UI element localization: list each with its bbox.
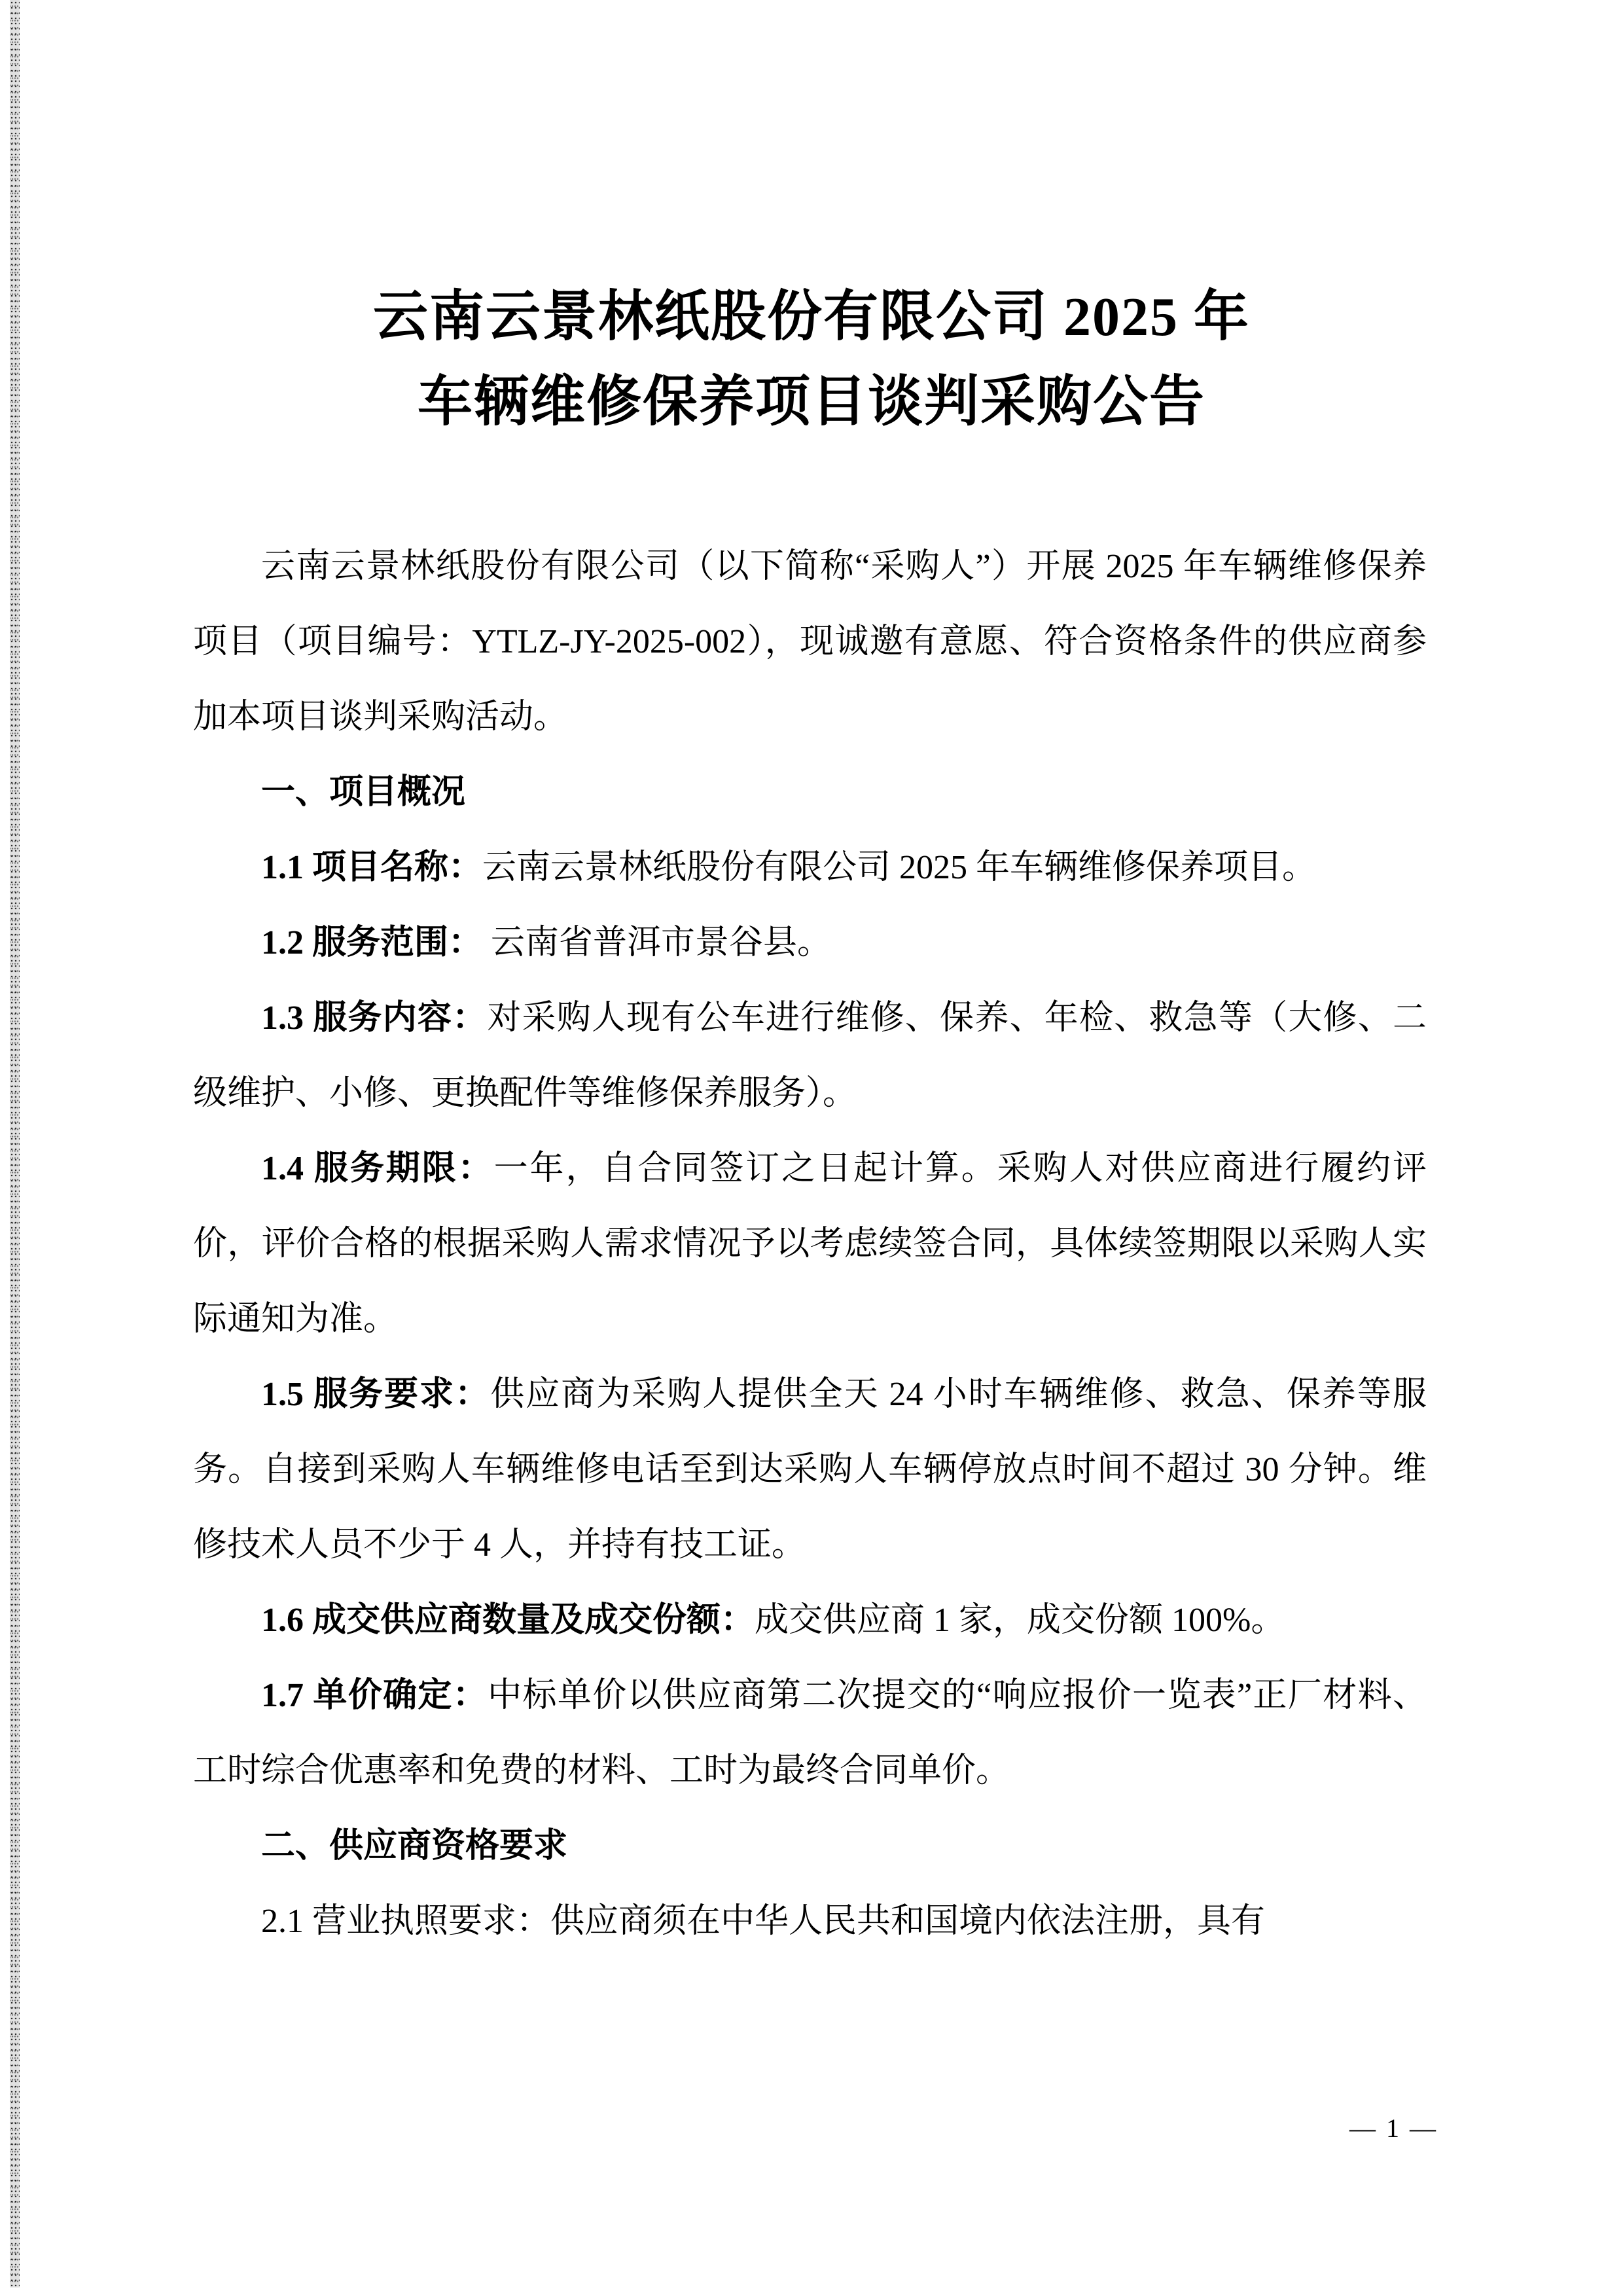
paragraph-label: 1.5 服务要求： bbox=[261, 1376, 490, 1413]
section-heading: 二、供应商资格要求 bbox=[193, 1808, 1427, 1884]
paragraph: 1.7 单价确定：中标单价以供应商第二次提交的“响应报价一览表”正厂材料、工时综… bbox=[193, 1658, 1427, 1808]
paragraph-text: 成交供应商 1 家，成交份额 100%。 bbox=[755, 1602, 1285, 1639]
paragraph-text: 云南云景林纸股份有限公司 2025 年车辆维修保养项目。 bbox=[482, 849, 1316, 886]
paragraph-label: 1.1 项目名称： bbox=[261, 849, 482, 886]
paragraph-label: 1.7 单价确定： bbox=[261, 1677, 488, 1714]
document-title-line1: 云南云景林纸股份有限公司 2025 年 bbox=[118, 275, 1505, 360]
paragraph-label: 1.3 服务内容： bbox=[261, 999, 487, 1037]
paragraph-label: 一、项目概况 bbox=[261, 774, 465, 811]
paragraph: 云南云景林纸股份有限公司（以下简称“采购人”）开展 2025 年车辆维修保养项目… bbox=[193, 529, 1427, 755]
paragraph-text: 2.1 营业执照要求：供应商须在中华人民共和国境内依法注册，具有 bbox=[261, 1903, 1265, 1940]
paragraph-label: 1.4 服务期限： bbox=[261, 1150, 494, 1187]
document-title: 云南云景林纸股份有限公司 2025 年 车辆维修保养项目谈判采购公告 bbox=[0, 0, 1623, 445]
paragraph: 1.3 服务内容：对采购人现有公车进行维修、保养、年检、救急等（大修、二级维护、… bbox=[193, 980, 1427, 1131]
paragraph: 1.1 项目名称：云南云景林纸股份有限公司 2025 年车辆维修保养项目。 bbox=[193, 830, 1427, 905]
section-heading: 一、项目概况 bbox=[193, 755, 1427, 830]
paragraph: 1.5 服务要求：供应商为采购人提供全天 24 小时车辆维修、救急、保养等服务。… bbox=[193, 1357, 1427, 1583]
document-body: 云南云景林纸股份有限公司（以下简称“采购人”）开展 2025 年车辆维修保养项目… bbox=[193, 529, 1427, 1959]
paragraph-label: 1.6 成交供应商数量及成交份额： bbox=[261, 1602, 755, 1639]
paragraph-label: 1.2 服务范围： bbox=[261, 924, 482, 961]
paragraph: 1.4 服务期限：一年，自合同签订之日起计算。采购人对供应商进行履约评价，评价合… bbox=[193, 1131, 1427, 1357]
page-number: — 1 — bbox=[1349, 2113, 1438, 2144]
document-title-line2: 车辆维修保养项目谈判采购公告 bbox=[118, 360, 1505, 445]
scan-noise-edge bbox=[10, 0, 20, 2287]
paragraph-text: 云南云景林纸股份有限公司（以下简称“采购人”）开展 2025 年车辆维修保养项目… bbox=[193, 548, 1427, 736]
paragraph-text: 云南省普洱市景谷县。 bbox=[482, 924, 831, 961]
paragraph: 1.2 服务范围： 云南省普洱市景谷县。 bbox=[193, 905, 1427, 980]
paragraph-label: 二、供应商资格要求 bbox=[261, 1827, 567, 1865]
paragraph: 2.1 营业执照要求：供应商须在中华人民共和国境内依法注册，具有 bbox=[193, 1884, 1427, 1959]
document-page: 云南云景林纸股份有限公司 2025 年 车辆维修保养项目谈判采购公告 云南云景林… bbox=[0, 0, 1623, 2296]
paragraph: 1.6 成交供应商数量及成交份额：成交供应商 1 家，成交份额 100%。 bbox=[193, 1583, 1427, 1658]
